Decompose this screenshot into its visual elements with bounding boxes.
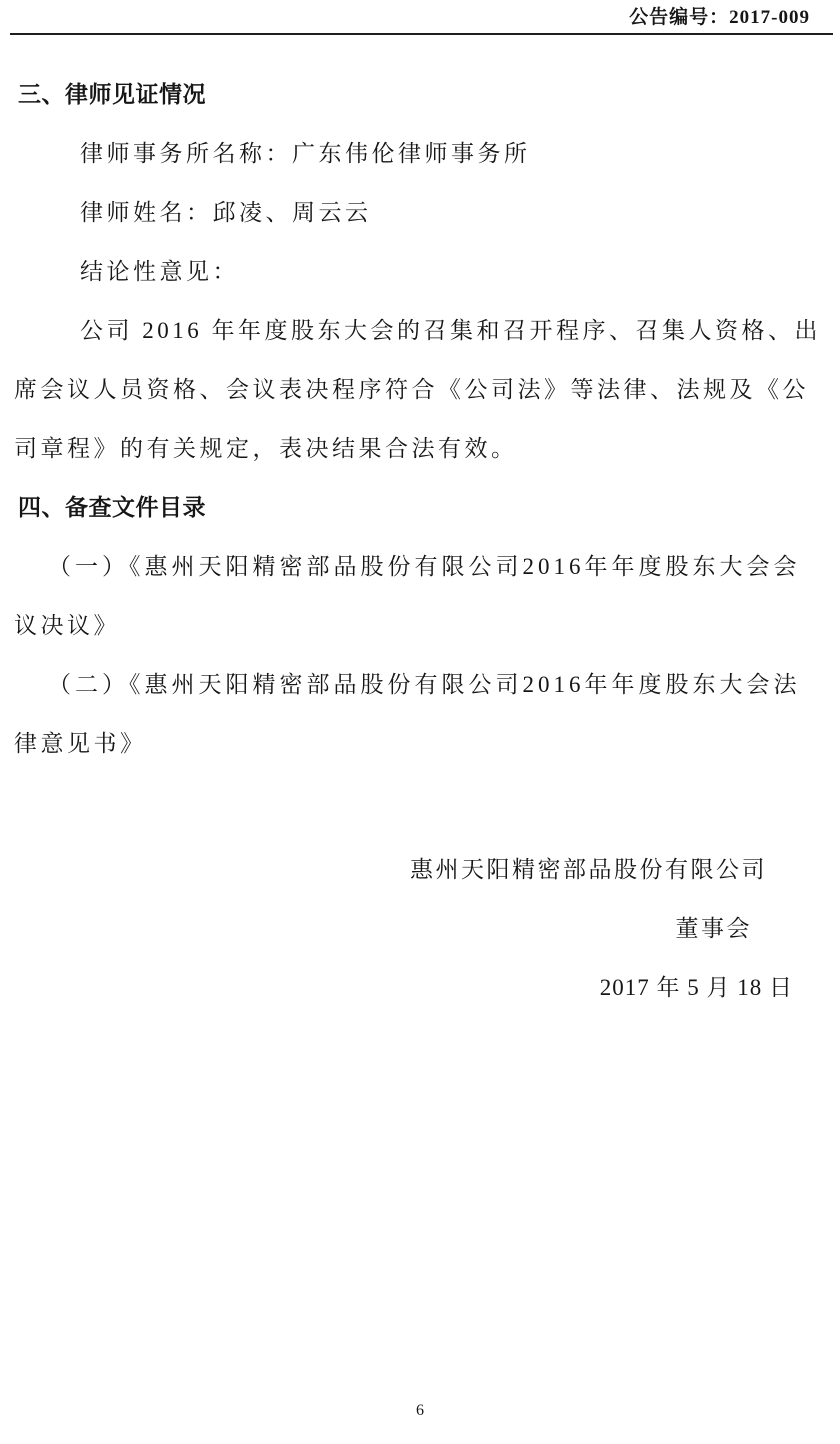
conclusion-paragraph-line-1: 公司 2016 年年度股东大会的召集和召开程序、召集人资格、出 <box>0 301 840 360</box>
spacer-line <box>0 773 840 832</box>
document-page: { "header": { "announcement_no": "公告编号：2… <box>0 0 840 1444</box>
signature-company-name: 惠州天阳精密部品股份有限公司 <box>0 840 840 899</box>
header-divider <box>10 33 833 35</box>
conclusion-paragraph-line-3: 司章程》的有关规定，表决结果合法有效。 <box>0 419 840 478</box>
section4-heading: 四、备查文件目录 <box>0 478 840 537</box>
conclusion-label: 结论性意见： <box>0 242 840 301</box>
section3-heading: 三、律师见证情况 <box>0 65 840 124</box>
lawyer-names-line: 律师姓名：邱凌、周云云 <box>0 183 840 242</box>
reference-document-1-line-2: 议决议》 <box>0 596 840 655</box>
announcement-number: 公告编号：2017-009 <box>0 4 810 32</box>
signature-date: 2017 年 5 月 18 日 <box>0 958 840 1017</box>
conclusion-paragraph-line-2: 席会议人员资格、会议表决程序符合《公司法》等法律、法规及《公 <box>0 360 840 419</box>
document-body: 三、律师见证情况 律师事务所名称：广东伟伦律师事务所 律师姓名：邱凌、周云云 结… <box>0 65 840 1017</box>
law-firm-name-line: 律师事务所名称：广东伟伦律师事务所 <box>0 124 840 183</box>
page-number: 6 <box>0 1402 840 1420</box>
reference-document-2-line-1: （二）《惠州天阳精密部品股份有限公司2016年年度股东大会法 <box>0 655 840 714</box>
reference-document-1-line-1: （一）《惠州天阳精密部品股份有限公司2016年年度股东大会会 <box>0 537 840 596</box>
signature-board-of-directors: 董事会 <box>0 899 840 958</box>
reference-document-2-line-2: 律意见书》 <box>0 714 840 773</box>
